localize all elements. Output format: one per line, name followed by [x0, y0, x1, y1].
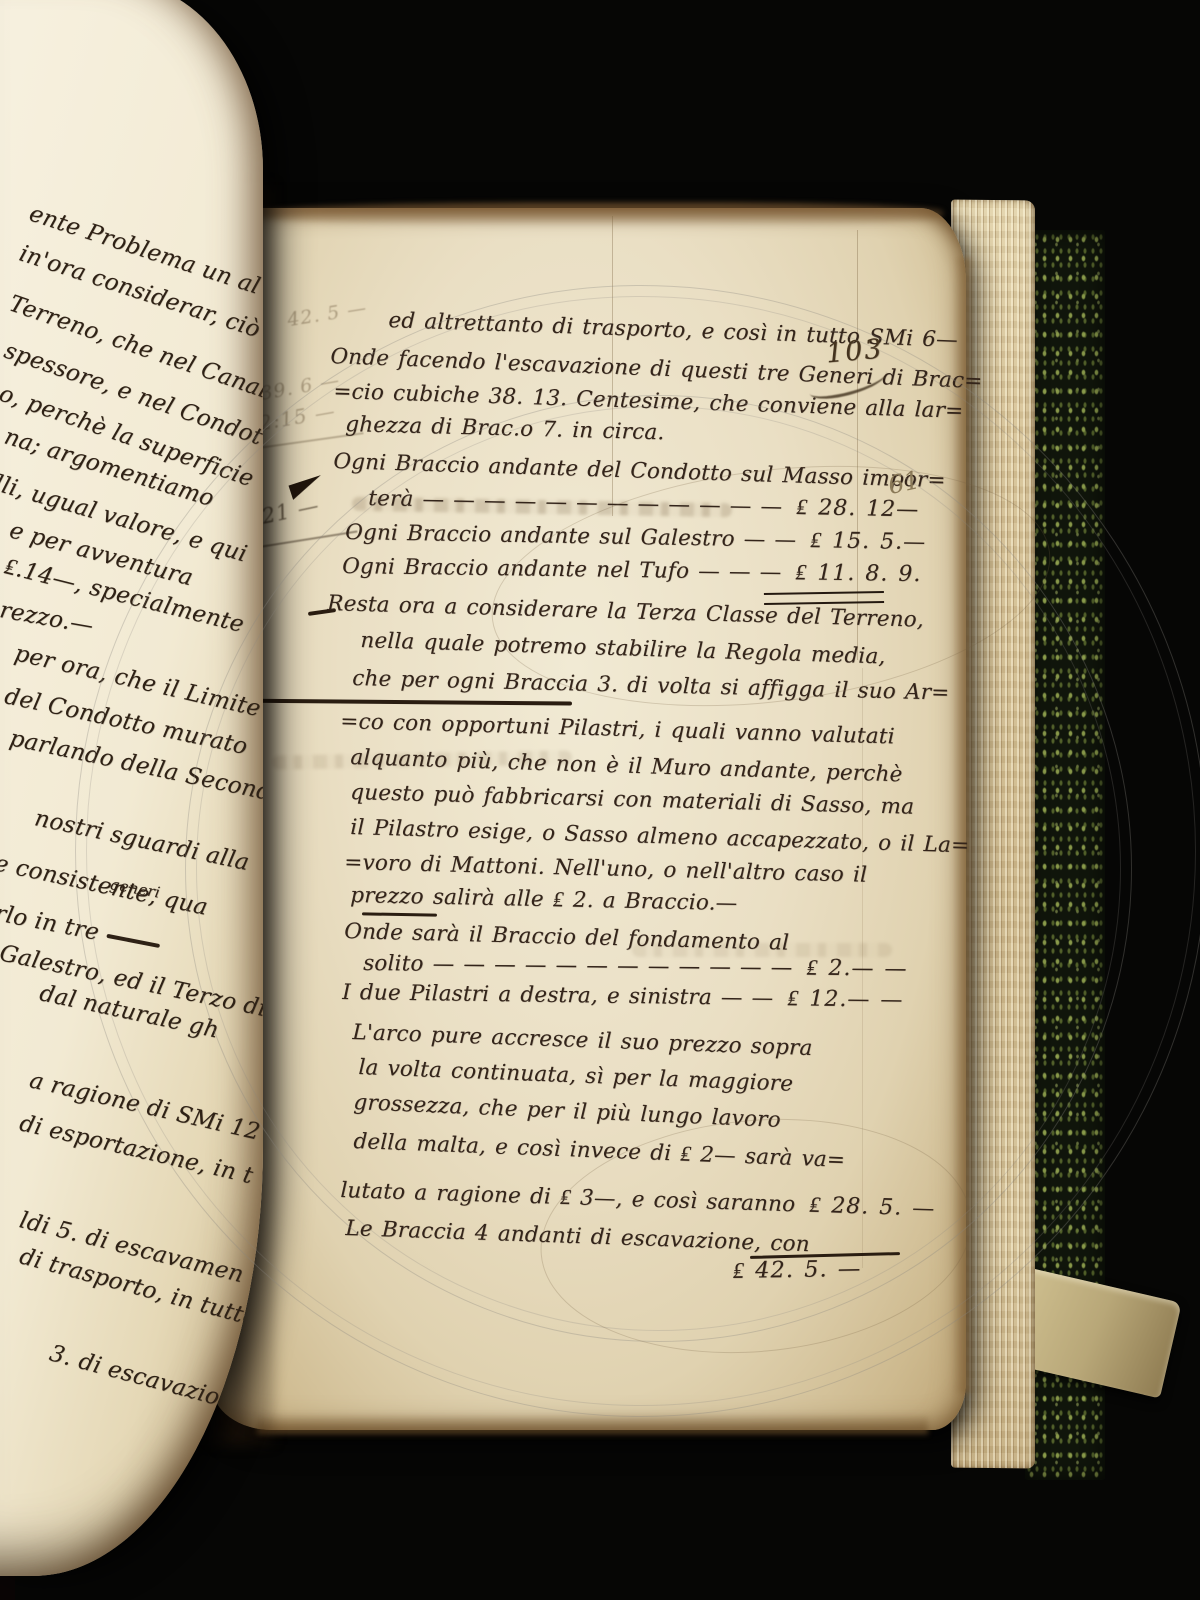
- amount: ₤ 28. 5. —: [809, 1193, 936, 1222]
- manuscript-line: Le Braccia 4 andanti di escavazione, con: [345, 1216, 810, 1257]
- photo-background: 42. 5 — 39. 6 — 22:15 — 4. 21 — ed altre…: [0, 0, 1200, 1600]
- manuscript-line: nella quale potremo stabilire la Regola …: [360, 628, 886, 669]
- manuscript-line: rezzo.—: [0, 597, 96, 639]
- manuscript-line: Resta ora a considerare la Terza Classe …: [327, 591, 924, 633]
- crossed-out-word: [106, 934, 160, 948]
- manuscript-line: I due Pilastri a destra, e sinistra — —₤…: [342, 979, 903, 1013]
- manuscript-line: alquanto più, che non è il Muro andante,…: [350, 745, 903, 787]
- manuscript-line: =voro di Mattoni. Nell'uno, o nell'altro…: [344, 850, 867, 888]
- page-number-ink: 103: [825, 334, 885, 370]
- manuscript-line: della malta, e così invece di ₤ 2— sarà …: [353, 1129, 846, 1173]
- manuscript-line: Ogni Braccio andante sul Galestro — —₤ 1…: [345, 519, 926, 555]
- manuscript-line: 3. di escavazione: [47, 1340, 251, 1418]
- amount: ₤ 11. 8. 9.: [795, 560, 921, 587]
- amount: ₤ 28. 12—: [796, 495, 919, 523]
- manuscript-line: prezzo salirà alle ₤ 2. a Braccio.—: [350, 883, 738, 916]
- manuscript-line: solito — — — — — — — — — — — —₤ 2.— —: [363, 950, 908, 982]
- manuscript-line: Ogni Braccio andante nel Tufo — — —₤ 11.…: [342, 553, 922, 587]
- manuscript-line amount-line: ₤ 42. 5. —: [733, 1256, 862, 1284]
- cover-corner: [989, 1264, 1182, 1399]
- ink-rule: [224, 698, 572, 705]
- left-page: ente Problema un al in'ora considerar, c…: [0, 0, 263, 1576]
- manuscript-line: grossezza, che per il più lungo lavoro: [353, 1090, 781, 1133]
- manuscript-line: L'arco pure accresce il suo prezzo sopra: [352, 1020, 813, 1061]
- page-edge-discoloration: [257, 1414, 928, 1434]
- right-page: 42. 5 — 39. 6 — 22:15 — 4. 21 — ed altre…: [212, 208, 966, 1430]
- marbled-cover: [1025, 230, 1105, 1480]
- manuscript-line: lutato a ragione di ₤ 3—, e così saranno…: [340, 1177, 936, 1222]
- manuscript-line: questo può fabbricarsi con materiali di …: [350, 780, 914, 820]
- manuscript-line: che per ogni Braccia 3. di volta si affi…: [352, 666, 950, 706]
- manuscript-line: la volta continuata, sì per la maggiore: [358, 1055, 794, 1097]
- amount: ₤ 12.— —: [787, 986, 903, 1013]
- page-edge-discoloration: [953, 257, 970, 1393]
- bleedthrough-number: 42. 5 —: [286, 297, 369, 331]
- manuscript-line: terà — — — — — — — — — — — —₤ 28. 12—: [368, 485, 919, 523]
- page-edge-discoloration: [242, 203, 943, 227]
- ink-rule: [362, 912, 437, 916]
- manuscript-line: =co con opportuni Pilastri, i quali vann…: [340, 709, 895, 749]
- amount: ₤ 2.— —: [806, 956, 907, 982]
- paper-crease: [857, 230, 858, 660]
- manuscript-line: ghezza di Brac.o 7. in circa.: [345, 412, 665, 445]
- amount: ₤ 15. 5.—: [810, 528, 926, 555]
